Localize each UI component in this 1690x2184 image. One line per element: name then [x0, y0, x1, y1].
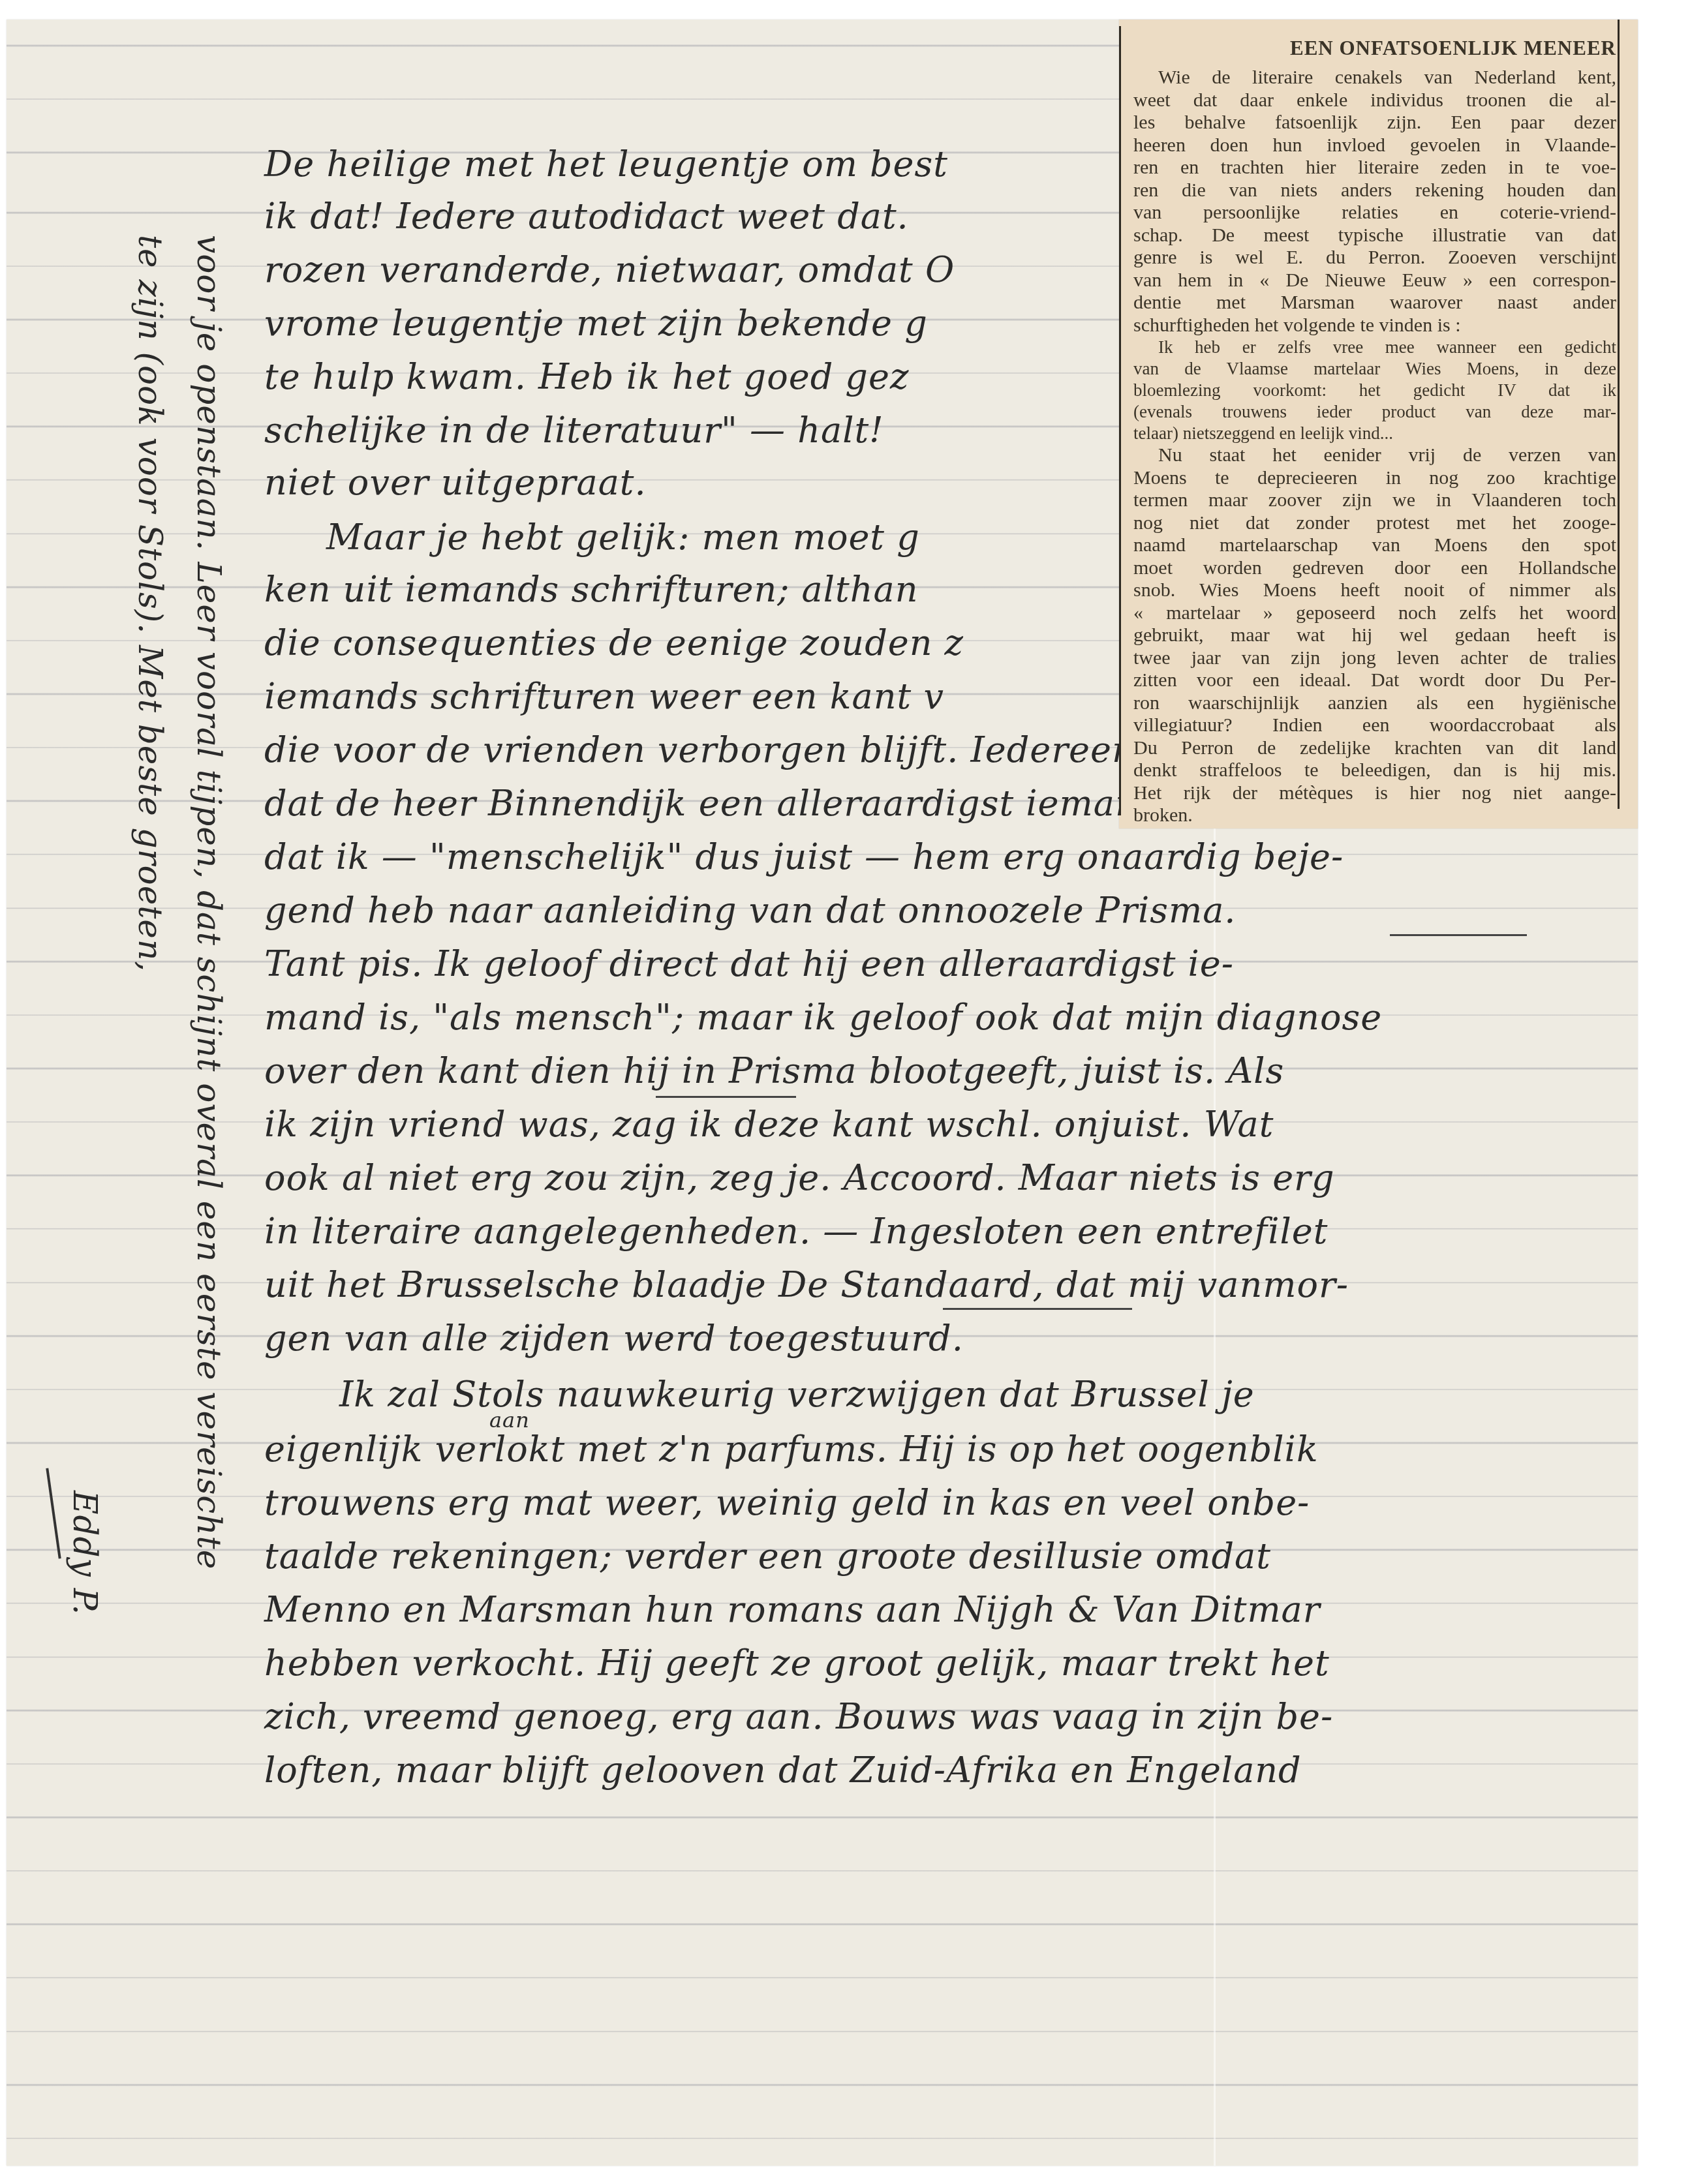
clipping-line: broken. — [1133, 804, 1616, 827]
clipping-line: gebruikt, maar wat hij wel gedaan heeft … — [1133, 624, 1616, 647]
clipping-line: genre is wel E. du Perron. Zooeven versc… — [1133, 247, 1616, 269]
underline-prisma-1 — [1390, 934, 1527, 936]
letter-line: mand is, "als mensch"; maar ik geloof oo… — [264, 1000, 1382, 1035]
margin-line: te zijn (ook voor Stols). Met beste groe… — [134, 235, 166, 972]
clipping-line: van persoonlijke relaties en coterie-vri… — [1133, 202, 1616, 224]
clipping-line: (evenals trouwens ieder product van deze… — [1133, 401, 1616, 423]
clipping-line: denkt straffeloos te beleedigen, dan is … — [1133, 759, 1616, 782]
clipping-line: Wie de literaire cenakels van Nederland … — [1133, 67, 1616, 89]
clipping-line: nog niet dat zonder protest met het zoog… — [1133, 512, 1616, 535]
letter-line: in literaire aangelegenheden. — Ingeslot… — [264, 1214, 1328, 1249]
letter-line: over den kant dien hij in Prisma blootge… — [264, 1054, 1284, 1089]
clipping-line: Het rijk der métèques is hier nog niet a… — [1133, 782, 1616, 805]
margin-line: voor je openstaan. Leer vooral tijpen, d… — [192, 235, 225, 1570]
clipping-line: dentie met Marsman waarover naast ander — [1133, 292, 1616, 314]
clipping-line: termen maar zoover zijn we in Vlaanderen… — [1133, 489, 1616, 512]
clipping-line: bloemlezing voorkomt: het gedicht IV dat… — [1133, 380, 1616, 401]
clipping-line: weet dat daar enkele individus troonen d… — [1133, 89, 1616, 112]
newspaper-clipping: EEN ONFATSOENLIJK MENEER Wie de literair… — [1119, 20, 1638, 828]
letter-line: dat de heer Binnendijk een alleraardigst… — [264, 786, 1261, 821]
letter-line: te hulp kwam. Heb ik het goed gez — [264, 359, 909, 395]
signature: Eddy P. — [69, 1491, 101, 1615]
underline-prisma-2 — [656, 1096, 796, 1098]
letter-line: die consequenties de eenige zouden z — [264, 626, 964, 661]
clipping-line: Du Perron de zedelijke krachten van dit … — [1133, 737, 1616, 760]
clipping-line: ren die van niets anders rekening houden… — [1133, 179, 1616, 202]
clipping-line: moet worden gedreven door een Hollandsch… — [1133, 557, 1616, 580]
letter-line-indented: Ik zal Stols nauwkeurig verzwijgen dat B… — [339, 1377, 1255, 1412]
letter-line: gend heb naar aanleiding van dat onnooze… — [264, 893, 1237, 928]
letter-line: uit het Brusselsche blaadje De Standaard… — [264, 1267, 1349, 1303]
clipping-line: les behalve fatsoenlijk zijn. Een paar d… — [1133, 112, 1616, 134]
letter-line: eigenlijk verlokt met z'n parfums. Hij i… — [264, 1432, 1319, 1467]
clipping-line: Nu staat het eenider vrij de verzen van — [1133, 444, 1616, 467]
letter-line: loften, maar blijft gelooven dat Zuid-Af… — [264, 1753, 1302, 1788]
clipping-line: villegiatuur? Indien een woordaccrobaat … — [1133, 714, 1616, 737]
clipping-line: schurftigheden het volgende te vinden is… — [1133, 314, 1616, 337]
clipping-line: telaar) nietszeggend en leelijk vind... — [1133, 423, 1616, 444]
clipping-line: van hem in « De Nieuwe Eeuw » een corres… — [1133, 269, 1616, 292]
letter-line: Tant pis. Ik geloof direct dat hij een a… — [264, 947, 1234, 982]
letter-line: zich, vreemd genoeg, erg aan. Bouws was … — [264, 1699, 1333, 1735]
clipping-line: ron waarschijnlijk aanzien als een hygië… — [1133, 692, 1616, 715]
letter-line: ken uit iemands schrifturen; althan — [264, 572, 919, 607]
clipping-line: snob. Wies Moens heeft nooit of nimmer a… — [1133, 579, 1616, 602]
insertion-aan: aan — [489, 1408, 530, 1433]
clipping-headline: EEN ONFATSOENLIJK MENEER — [1133, 37, 1616, 60]
clipping-quote: Ik heb er zelfs vree mee wanneer een ged… — [1133, 337, 1616, 444]
letter-line: ik zijn vriend was, zag ik deze kant wsc… — [264, 1107, 1274, 1142]
letter-line: schelijke in de literatuur" — halt! — [264, 413, 884, 448]
letter-line: trouwens erg mat weer, weinig geld in ka… — [264, 1485, 1310, 1521]
letter-line-indented: Maar je hebt gelijk: men moet g — [326, 520, 920, 555]
clipping-line: heeren doen hun invloed gevoelen in Vlaa… — [1133, 134, 1616, 157]
letter-line: rozen veranderde, nietwaar, omdat O — [264, 252, 955, 288]
letter-line: ook al niet erg zou zijn, zeg je. Accoor… — [264, 1160, 1335, 1196]
clipping-line: Moens te deprecieeren in nog zoo krachti… — [1133, 467, 1616, 490]
letter-line: iemands schrifturen weer een kant v — [264, 679, 944, 714]
letter-line: gen van alle zijden werd toegestuurd. — [264, 1321, 964, 1356]
clipping-paragraph-2: Nu staat het eenider vrij de verzen van … — [1133, 444, 1616, 827]
clipping-line: ren en trachten hier literaire zeden in … — [1133, 157, 1616, 179]
letter-line: ik dat! Iedere autodidact weet dat. — [264, 199, 909, 234]
clipping-line: zitten voor een ideaal. Dat wordt door D… — [1133, 669, 1616, 692]
underline-de-standaard — [943, 1308, 1132, 1310]
clipping-paragraph-1: Wie de literaire cenakels van Nederland … — [1133, 67, 1616, 337]
letter-line: Menno en Marsman hun romans aan Nijgh & … — [264, 1592, 1321, 1628]
letter-line: vrome leugentje met zijn bekende g — [264, 306, 928, 341]
clipping-line: schap. De meest typische illustratie van… — [1133, 224, 1616, 247]
letter-line: De heilige met het leugentje om best — [264, 147, 948, 182]
clipping-line: twee jaar van zijn jong leven achter de … — [1133, 647, 1616, 670]
letter-line: dat ik — "menschelijk" dus juist — hem e… — [264, 840, 1344, 875]
letter-line: taalde rekeningen; verder een groote des… — [264, 1539, 1271, 1574]
letter-line: hebben verkocht. Hij geeft ze groot geli… — [264, 1646, 1330, 1681]
letter-line: niet over uitgepraat. — [264, 465, 647, 500]
clipping-line: Ik heb er zelfs vree mee wanneer een ged… — [1133, 337, 1616, 358]
clipping-line: naamd martelaarschap van Moens den spot — [1133, 534, 1616, 557]
clipping-line: « martelaar » geposeerd noch zelfs het w… — [1133, 602, 1616, 625]
clipping-line: van de Vlaamse martelaar Wies Moens, in … — [1133, 358, 1616, 380]
